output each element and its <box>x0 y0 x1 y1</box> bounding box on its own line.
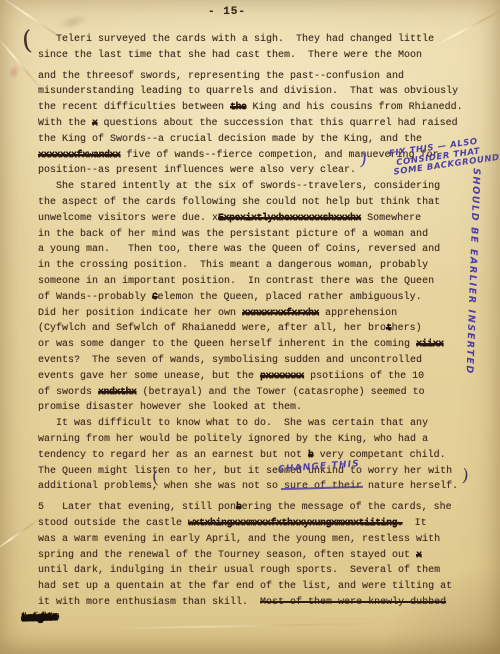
typed-text-segment: of Wands--probably <box>38 292 152 303</box>
typed-line: of Wands--probably Celemon the Queen, pl… <box>38 290 478 306</box>
typed-text-segment: until dark, indulging in their usual rou… <box>38 565 440 576</box>
typed-line: it with more enthusiasm than skill. Most… <box>38 595 478 611</box>
scribbled-word: knights <box>22 610 58 627</box>
typed-line: of swords xndxthx (betrayal) and the Tow… <box>38 385 478 401</box>
typed-line: warning from her would be politely ignor… <box>38 432 478 448</box>
typed-line: stood outside the castle wxtxhingxxxmxxx… <box>38 516 478 532</box>
typed-text-segment: Teleri surveyed the cards with a sigh. T… <box>38 34 434 45</box>
typed-text-segment: It was difficult to know what to do. She… <box>38 418 428 429</box>
typed-overstrike: xxxxxxxfxwandxx <box>38 150 121 161</box>
typed-text-segment: hers) <box>392 323 422 334</box>
typed-line: Did her position indicate her own xxnxxr… <box>38 306 478 322</box>
typed-line: unwelcome visitors were due. xExpexixtly… <box>38 211 478 227</box>
typed-overstrike: the <box>230 102 247 113</box>
typed-text-segment: it with more enthusiasm than skill. <box>38 597 260 608</box>
typed-overstrike: xxnxxrxxfxrxhx <box>242 308 319 319</box>
typed-line: a young man. Then too, there was the Que… <box>38 242 478 258</box>
typed-text-segment: a young man. Then too, there was the Que… <box>38 244 440 255</box>
typed-text-segment: It <box>403 518 427 529</box>
typed-text-segment: events? The seven of wands, symbolising … <box>38 355 422 366</box>
typed-text-segment: apprehension <box>319 308 397 319</box>
typed-text-segment: position--as present influences were als… <box>38 165 356 176</box>
typed-text-segment: King and his cousins from Rhianedd. <box>247 102 463 113</box>
typed-text-segment: The Queen might listen to her, but it se… <box>38 466 452 477</box>
manuscript-page: - 15- Teleri surveyed the cards with a s… <box>0 0 500 654</box>
typed-text-segment: very competant child. <box>314 450 446 461</box>
ink-smudge <box>7 63 22 81</box>
typed-text-segment: ering the message of the cards, she <box>242 502 452 513</box>
typed-overstrike: xiixx <box>416 339 444 350</box>
typed-line: It was difficult to know what to do. She… <box>38 416 478 432</box>
typed-text-segment: psotiions of the 10 <box>304 371 424 382</box>
typed-line: Teleri surveyed the cards with a sigh. T… <box>38 32 478 48</box>
typed-text-segment: misunderstanding leading to quarrels and… <box>38 86 458 97</box>
typed-text-segment: She stared intently at the six of swords… <box>38 181 440 192</box>
typed-text-segment: With the <box>38 118 92 129</box>
typed-line: and the threesof swords, representing th… <box>38 69 478 85</box>
typed-text-segment: in the back of her mind was the persista… <box>38 229 428 240</box>
typed-text-segment: unwelcome visitors were due. x <box>38 213 218 224</box>
typed-text-segment: or was some danger to the Queen herself … <box>38 339 416 350</box>
typed-overstrike: x <box>416 550 422 561</box>
typed-line: the recent difficulties between the King… <box>38 100 478 116</box>
typed-line: tendency to regard her as an earnest but… <box>38 448 478 464</box>
typed-line: additional problems, when she was not so… <box>38 479 478 495</box>
typed-line: until dark, indulging in their usual rou… <box>38 563 478 579</box>
paper-crease <box>0 515 43 551</box>
typed-text-segment: since the last time that she had cast th… <box>38 50 422 61</box>
typed-line: events? The seven of wands, symbolising … <box>38 353 478 369</box>
typed-text-segment: additional problems, when she was not so… <box>38 481 458 492</box>
typed-line: The Queen might listen to her, but it se… <box>38 464 478 480</box>
typed-line: in the back of her mind was the persista… <box>38 227 478 243</box>
typed-text-segment: (Cyfwlch and Sefwlch of Rhaianedd were, … <box>38 323 386 334</box>
typed-text-segment: elemon the Queen, placed rather ambiguou… <box>158 292 422 303</box>
typed-line: misunderstanding leading to quarrels and… <box>38 84 478 100</box>
typed-text-segment: someone in an important position. In con… <box>38 276 434 287</box>
typed-overstrike: Expexixtlyxbexxxxxxshxxxhx <box>218 213 361 224</box>
typed-line: With the x questions about the successio… <box>38 116 478 132</box>
typed-text-segment: in the crossing position. This meant a d… <box>38 260 428 271</box>
typed-text-segment: spring and the renewal of the Tourney se… <box>38 550 416 561</box>
pencil-smudge <box>57 12 89 31</box>
typed-overstrike: pxxxxxxx <box>260 371 304 382</box>
handwritten-open-paren-when: ( <box>151 468 159 488</box>
typed-text-segment: the recent difficulties between <box>38 102 230 113</box>
typed-line: promise disaster however she looked at t… <box>38 400 478 416</box>
typed-text-segment: Did her position indicate her own <box>38 308 242 319</box>
typed-text-segment: events gave her some unease, but the <box>38 371 260 382</box>
page-number: - 15- <box>208 6 246 18</box>
typed-line: someone in an important position. In con… <box>38 274 478 290</box>
pen-struck-text: Most of them were knewly dubbed <box>260 597 446 608</box>
typed-line: events gave her some unease, but the pxx… <box>38 369 478 385</box>
typed-text-segment: promise disaster however she looked at t… <box>38 402 302 413</box>
typed-line: since the last time that she had cast th… <box>38 48 478 64</box>
handwritten-open-paren-top: ( <box>21 26 34 57</box>
typed-line: the aspect of the cards following she co… <box>38 195 478 211</box>
typed-line: knights <box>38 611 478 627</box>
typed-line: in the crossing position. This meant a d… <box>38 258 478 274</box>
typed-overstrike: wxtxhingxxxmxxxfxthxxyxungxmxnxtiiting. <box>188 518 403 529</box>
typed-line: spring and the renewal of the Tourney se… <box>38 548 478 564</box>
typed-line: (Cyfwlch and Sefwlch of Rhaianedd were, … <box>38 321 478 337</box>
typed-text-segment: the King of Swords--a crucial decision m… <box>38 134 422 145</box>
typed-text-segment: warning from her would be politely ignor… <box>38 434 428 445</box>
typed-line: She stared intently at the six of swords… <box>38 179 478 195</box>
typed-text-segment: and the threesof swords, representing th… <box>38 71 404 82</box>
typed-line: 5 Later that evening, still ponbering th… <box>38 500 478 516</box>
typed-text-segment: Somewhere <box>361 213 421 224</box>
typed-line: or was some danger to the Queen herself … <box>38 337 478 353</box>
typed-text-segment: (betrayal) and the Tower (catasrophe) se… <box>137 387 425 398</box>
typed-text-segment: questions about the succession that this… <box>98 118 458 129</box>
typed-overstrike: xndxthx <box>98 387 137 398</box>
typed-text-segment: stood outside the castle <box>38 518 188 529</box>
typed-text-segment: was a warm evening in early April, and t… <box>38 534 440 545</box>
typed-text-segment: had set up a quentain at the far end of … <box>38 581 452 592</box>
typed-text-body: Teleri surveyed the cards with a sigh. T… <box>38 32 478 626</box>
typed-line: was a warm evening in early April, and t… <box>38 532 478 548</box>
typed-text-segment: of swords <box>38 387 98 398</box>
typed-text-segment: the aspect of the cards following she co… <box>38 197 440 208</box>
typed-line: had set up a quentain at the far end of … <box>38 579 478 595</box>
typed-text-segment: 5 Later that evening, still pon <box>38 502 236 513</box>
typed-text-segment: tendency to regard her as an earnest but… <box>38 450 308 461</box>
